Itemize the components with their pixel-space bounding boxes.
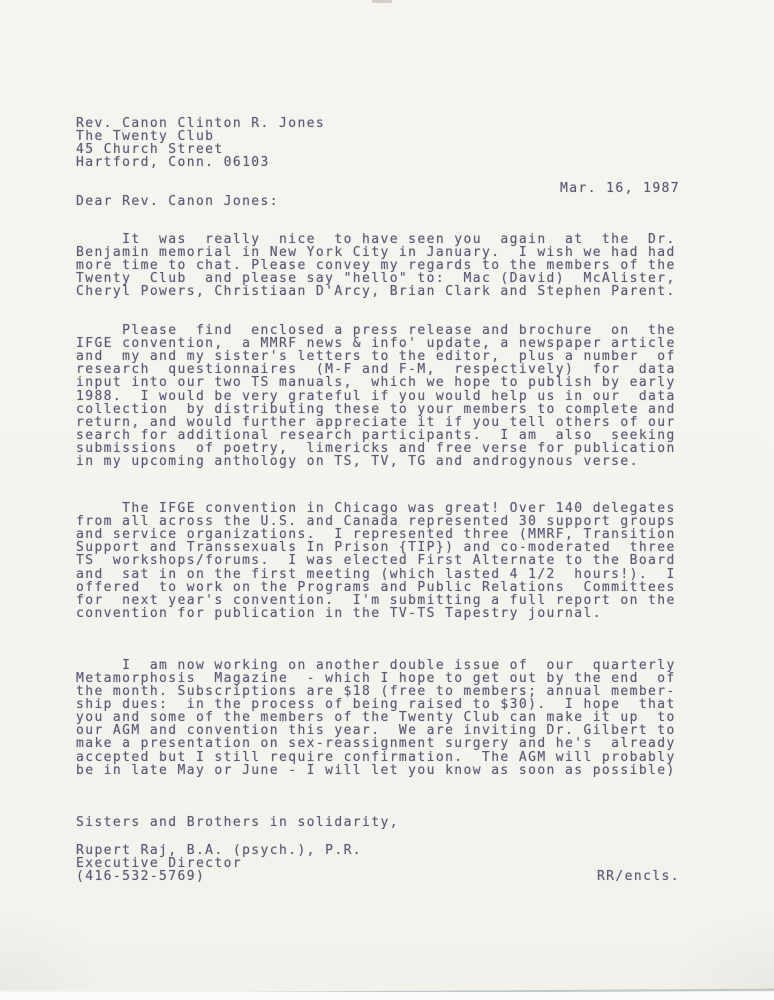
paragraph-2: Please find enclosed a press release and… <box>76 324 680 468</box>
signature-name: Rupert Raj, B.A. (psych.), P.R. <box>76 844 680 857</box>
letter-page: Rev. Canon Clinton R. Jones The Twenty C… <box>76 117 680 883</box>
closing-line: Sisters and Brothers in solidarity, <box>76 816 680 829</box>
scan-artifact-below-edge <box>0 992 774 1000</box>
recipient-address: Rev. Canon Clinton R. Jones The Twenty C… <box>76 117 680 169</box>
scan-artifact-top-mark <box>372 0 392 3</box>
reference-initials: RR/encls. <box>597 870 680 883</box>
salutation: Dear Rev. Canon Jones: <box>76 195 680 208</box>
paragraph-1: It was really nice to have seen you agai… <box>76 233 680 298</box>
paragraph-3: The IFGE convention in Chicago was great… <box>76 502 680 620</box>
scan-artifact-corner-shade-right <box>654 910 774 990</box>
signature-last-line: (416-532-5769) RR/encls. <box>76 870 680 883</box>
signature-block: Rupert Raj, B.A. (psych.), P.R. Executiv… <box>76 844 680 883</box>
scan-artifact-corner-shade-left <box>0 910 120 990</box>
paragraph-4: I am now working on another double issue… <box>76 659 680 777</box>
signature-phone: (416-532-5769) <box>76 870 205 883</box>
